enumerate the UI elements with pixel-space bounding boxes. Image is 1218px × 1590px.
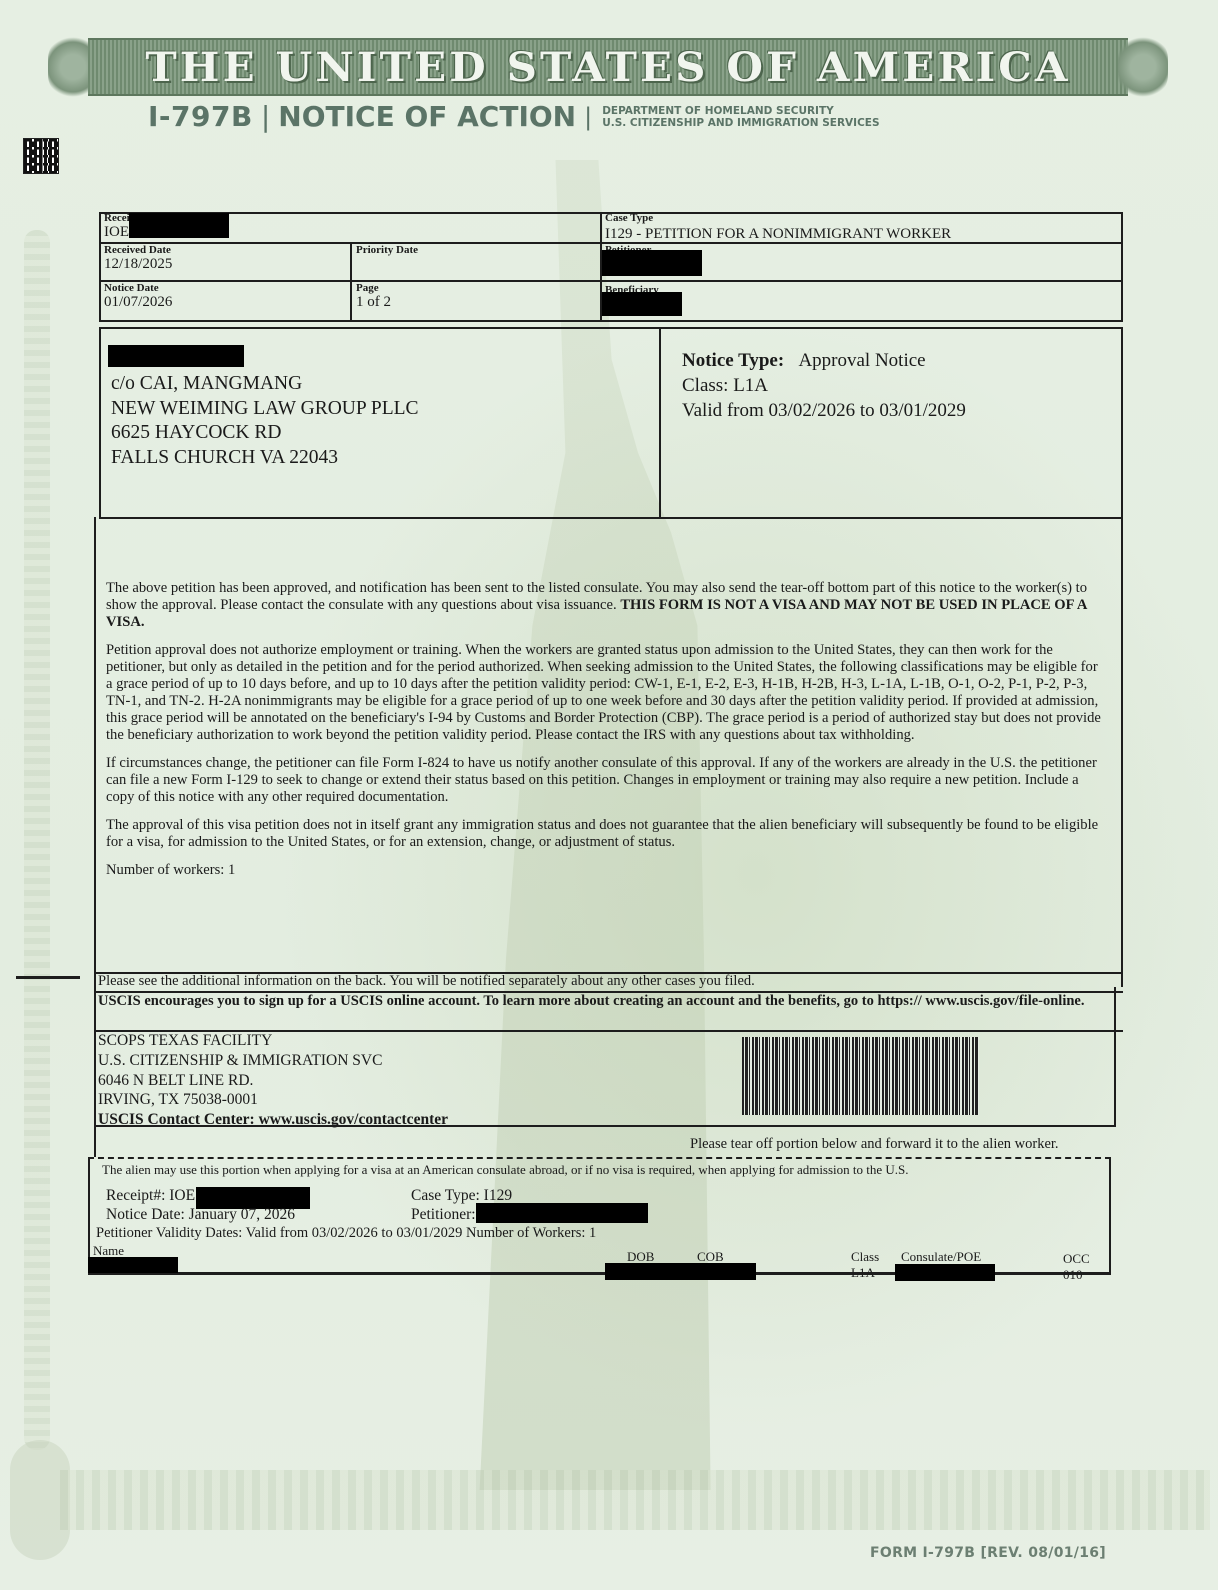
uscis-facility-address: SCOPS TEXAS FACILITY U.S. CITIZENSHIP & … bbox=[98, 1031, 448, 1130]
notice-type-value: Approval Notice bbox=[798, 350, 925, 371]
stub-class-value: L1A bbox=[851, 1265, 875, 1281]
contact-center: USCIS Contact Center: www.uscis.gov/cont… bbox=[98, 1110, 448, 1130]
grid-border bbox=[1121, 212, 1123, 322]
received-date-label: Received Date bbox=[104, 245, 172, 256]
section-border bbox=[94, 1125, 1116, 1127]
box-border bbox=[99, 517, 1123, 519]
case-type-label: Case Type bbox=[605, 213, 951, 224]
address-line-3: 6625 HAYCOCK RD bbox=[111, 421, 419, 446]
consulate-redaction bbox=[895, 1264, 995, 1281]
header-banner: THE UNITED STATES OF AMERICA bbox=[48, 34, 1168, 100]
case-type-field: Case Type I129 - PETITION FOR A NONIMMIG… bbox=[605, 213, 951, 243]
agency-line-2: U.S. CITIZENSHIP AND IMMIGRATION SERVICE… bbox=[602, 117, 879, 129]
redaction bbox=[129, 213, 229, 238]
paragraph-circumstances: If circumstances change, the petitioner … bbox=[106, 755, 1106, 806]
guilloche-bottom-border bbox=[60, 1470, 1210, 1530]
grid-border bbox=[99, 212, 101, 322]
mailing-address: c/o CAI, MANGMANG NEW WEIMING LAW GROUP … bbox=[111, 372, 419, 470]
form-revision: FORM I-797B [REV. 08/01/16] bbox=[870, 1545, 1106, 1561]
address-line-2: NEW WEIMING LAW GROUP PLLC bbox=[111, 397, 419, 422]
class-line: Class: L1A bbox=[682, 373, 966, 398]
additional-info-note: Please see the additional information on… bbox=[98, 973, 755, 990]
petitioner-field: Petitioner bbox=[605, 245, 702, 276]
notice-type-label: Notice Type: bbox=[682, 350, 784, 371]
box-border bbox=[1121, 327, 1123, 987]
notice-body: The above petition has been approved, an… bbox=[106, 580, 1106, 890]
divider: | bbox=[261, 100, 270, 133]
stub-class-label: Class bbox=[851, 1249, 879, 1265]
receipt-number-value: IOE bbox=[104, 224, 129, 240]
dob-cob-redaction bbox=[605, 1263, 756, 1280]
tear-off-instruction: Please tear off portion below and forwar… bbox=[690, 1136, 1059, 1153]
grid-border bbox=[99, 320, 1123, 322]
agency-line-1: DEPARTMENT OF HOMELAND SECURITY bbox=[602, 105, 879, 117]
receipt-number-field: Receipt Number IOE bbox=[104, 213, 229, 241]
paragraph-approval: The above petition has been approved, an… bbox=[106, 580, 1106, 631]
stub-receipt-text: Receipt#: IOE bbox=[106, 1187, 195, 1204]
paragraph-employment: Petition approval does not authorize emp… bbox=[106, 642, 1106, 744]
paragraph-status: The approval of this visa petition does … bbox=[106, 817, 1106, 851]
stub-petitioner-label: Petitioner: bbox=[411, 1206, 476, 1223]
facility-line-1: SCOPS TEXAS FACILITY bbox=[98, 1031, 448, 1051]
stub-notice-date: Notice Date: January 07, 2026 bbox=[106, 1206, 295, 1224]
case-type-value: I129 - PETITION FOR A NONIMMIGRANT WORKE… bbox=[605, 226, 951, 243]
page-value: 1 of 2 bbox=[356, 294, 391, 311]
banner-title: THE UNITED STATES OF AMERICA bbox=[20, 44, 1196, 91]
form-id: I-797B bbox=[148, 100, 253, 133]
box-border bbox=[99, 327, 1123, 329]
box-border bbox=[99, 327, 101, 519]
beneficiary-field: Beneficiary bbox=[605, 285, 682, 316]
facility-line-4: IRVING, TX 75038-0001 bbox=[98, 1090, 448, 1110]
notice-info: Notice Type: Approval Notice Class: L1A … bbox=[682, 348, 966, 423]
guilloche-left-border bbox=[24, 230, 50, 1450]
priority-date-label: Priority Date bbox=[356, 245, 418, 256]
name-redaction bbox=[88, 1257, 178, 1273]
recipient-name-redaction bbox=[108, 345, 244, 367]
datamatrix-code-icon bbox=[24, 139, 58, 173]
number-of-workers: Number of workers: 1 bbox=[106, 862, 1106, 879]
priority-date-field: Priority Date bbox=[356, 245, 418, 256]
divider: | bbox=[584, 103, 592, 131]
online-account-note: USCIS encourages you to sign up for a US… bbox=[98, 993, 1108, 1010]
redaction bbox=[602, 250, 702, 276]
section-border bbox=[1114, 987, 1116, 1127]
box-border bbox=[659, 327, 661, 519]
address-line-1: c/o CAI, MANGMANG bbox=[111, 372, 419, 397]
agency-name: DEPARTMENT OF HOMELAND SECURITY U.S. CIT… bbox=[602, 105, 879, 129]
fold-mark bbox=[16, 976, 80, 979]
grid-border bbox=[99, 280, 1123, 282]
notice-date-field: Notice Date 01/07/2026 bbox=[104, 283, 172, 311]
redaction bbox=[476, 1203, 648, 1223]
received-date-field: Received Date 12/18/2025 bbox=[104, 245, 172, 273]
notice-date-label: Notice Date bbox=[104, 283, 172, 294]
address-line-4: FALLS CHURCH VA 22043 bbox=[111, 446, 419, 471]
barcode-icon bbox=[742, 1037, 979, 1115]
notice-date-value: 01/07/2026 bbox=[104, 294, 172, 311]
stub-occ-value: 010 bbox=[1063, 1267, 1083, 1283]
facility-line-2: U.S. CITIZENSHIP & IMMIGRATION SVC bbox=[98, 1051, 448, 1071]
page-label: Page bbox=[356, 283, 391, 294]
form-heading: I-797B | NOTICE OF ACTION | DEPARTMENT O… bbox=[148, 100, 880, 133]
body-border bbox=[94, 517, 96, 1157]
stub-intro: The alien may use this portion when appl… bbox=[102, 1162, 909, 1178]
stub-occ-label: OCC bbox=[1063, 1251, 1090, 1267]
received-date-value: 12/18/2025 bbox=[104, 256, 172, 273]
stub-consulate-label: Consulate/POE bbox=[901, 1249, 981, 1265]
page-field: Page 1 of 2 bbox=[356, 283, 391, 311]
grid-border bbox=[350, 242, 352, 322]
redaction bbox=[602, 292, 682, 316]
stub-validity: Petitioner Validity Dates: Valid from 03… bbox=[96, 1225, 596, 1242]
facility-line-3: 6046 N BELT LINE RD. bbox=[98, 1071, 448, 1091]
stub-petitioner: Petitioner: bbox=[411, 1206, 648, 1224]
form-name: NOTICE OF ACTION bbox=[278, 100, 576, 133]
valid-dates-line: Valid from 03/02/2026 to 03/01/2029 bbox=[682, 398, 966, 423]
